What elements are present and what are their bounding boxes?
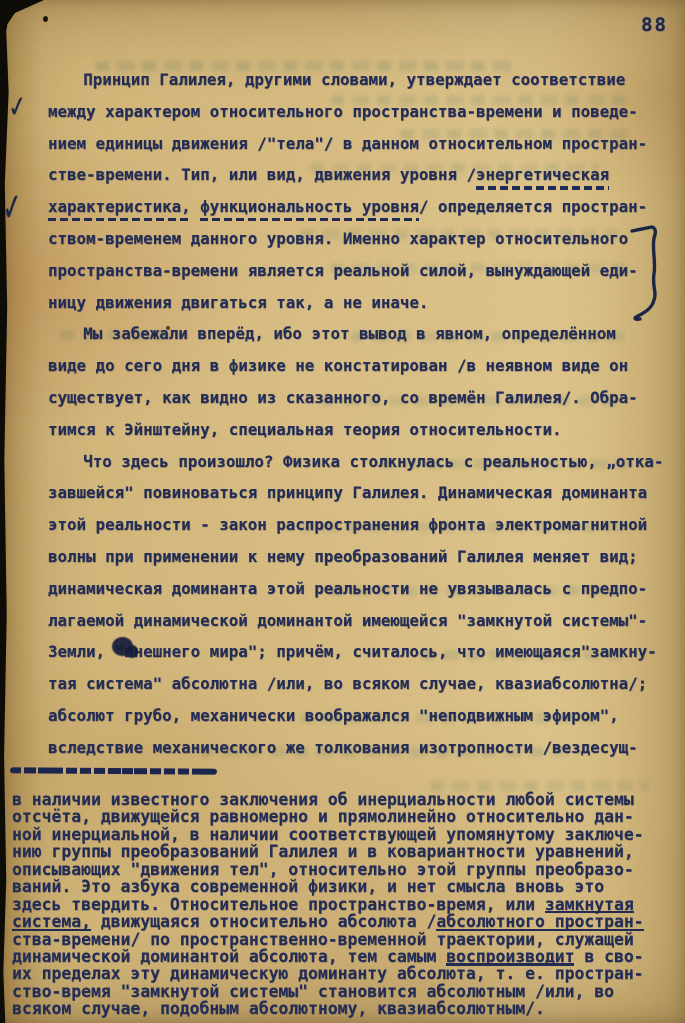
scan-edge-left bbox=[0, 0, 12, 1023]
typed-line: тая система" абсолютна /или, во всяком с… bbox=[48, 668, 663, 700]
typed-line: вследствие механического же толкования и… bbox=[48, 732, 663, 764]
dashed-underline bbox=[48, 218, 191, 221]
handwritten-checkmark-icon: ✓ bbox=[6, 89, 28, 126]
footnote-line: ной инерциальной, в наличии соответствую… bbox=[12, 826, 644, 843]
ink-blot bbox=[127, 645, 138, 658]
footnote-line: отсчёта, движущейся равномерно и прямоли… bbox=[12, 808, 644, 825]
typed-line: абсолют грубо, механически воображался "… bbox=[48, 700, 663, 732]
typed-line-text: характеристика, функциональность уровня/… bbox=[48, 197, 647, 216]
typed-line-text: тимся к Эйнштейну, специальная теория от… bbox=[48, 420, 562, 439]
footnote-line: нию группы преобразований Галилея и в ко… bbox=[12, 843, 644, 860]
typed-line: стве-времени. Тип, или вид, движения уро… bbox=[48, 159, 663, 191]
typed-line-text: абсолют грубо, механически воображался "… bbox=[48, 706, 619, 725]
typed-line: ницу движения двигаться так, а не иначе. bbox=[48, 287, 663, 319]
typed-line-text: виде до сего дня в физике не констатиров… bbox=[48, 356, 628, 375]
typed-line: характеристика, функциональность уровня/… bbox=[48, 191, 663, 223]
footnote-line-text: в наличии известного заключения об инерц… bbox=[12, 790, 634, 809]
footnote-line: здесь твердить. Относительное пространст… bbox=[12, 896, 644, 913]
footnote-line-text: отсчёта, движущейся равномерно и прямоли… bbox=[12, 807, 634, 826]
footnote-separator-line bbox=[10, 767, 217, 774]
typed-line-text: тая система" абсолютна /или, во всяком с… bbox=[48, 674, 647, 693]
typed-line-text: существует, как видно из сказанного, со … bbox=[48, 388, 638, 407]
typed-text-block: Принцип Галилея, другими словами, утверж… bbox=[48, 64, 663, 764]
typed-line-text: между характером относительного простран… bbox=[48, 102, 638, 121]
typed-line-text: волны при применении к нему преобразован… bbox=[48, 547, 638, 566]
paper-speck bbox=[43, 16, 48, 22]
typed-line-text: ством-временем данного уровня. Именно ха… bbox=[48, 229, 628, 248]
footnote-line: ства-времени/ по пространственно-временн… bbox=[12, 931, 644, 948]
typed-line: пространства-времени является реальной с… bbox=[48, 255, 663, 287]
typed-line: ством-временем данного уровня. Именно ха… bbox=[48, 223, 663, 255]
footnote-block: в наличии известного заключения об инерц… bbox=[12, 791, 644, 1018]
typed-line: Что здесь произошло? Физика столкнулась … bbox=[48, 446, 663, 478]
margin-brace-annotation bbox=[626, 222, 664, 324]
typed-line: нием единицы движения /"тела"/ в данном … bbox=[48, 128, 663, 160]
typed-line: этой реальности - закон распространения … bbox=[48, 509, 663, 541]
typed-line-text: завшейся" повиноваться принципу Галилея.… bbox=[48, 483, 647, 502]
footnote-line-text: нию группы преобразований Галилея и в ко… bbox=[12, 842, 634, 861]
typed-line-text: динамическая доминанта этой реальности н… bbox=[48, 579, 647, 598]
document-page: 88 Принцип Галилея, другими словами, утв… bbox=[0, 0, 685, 1023]
typed-line: существует, как видно из сказанного, со … bbox=[48, 382, 663, 414]
footnote-line-text: всяком случае, подобным абсолютному, ква… bbox=[12, 999, 545, 1018]
footnote-line: ваний. Это азбука современной физики, и … bbox=[12, 878, 644, 895]
footnote-line: в наличии известного заключения об инерц… bbox=[12, 791, 644, 808]
typed-line: завшейся" повиноваться принципу Галилея.… bbox=[48, 477, 663, 509]
footnote-line-text: ства-времени/ по пространственно-временн… bbox=[12, 930, 634, 949]
footnote-line: всяком случае, подобным абсолютному, ква… bbox=[12, 1000, 644, 1017]
footnote-line-text: ной инерциальной, в наличии соответствую… bbox=[12, 825, 644, 844]
typed-line-text: вследствие механического же толкования и… bbox=[48, 738, 638, 757]
typed-line-text: Земли, "внешнего мира"; причём, считалос… bbox=[48, 642, 657, 661]
typed-line: волны при применении к нему преобразован… bbox=[48, 541, 663, 573]
dashed-underline bbox=[476, 186, 609, 189]
scan-edge-corner bbox=[0, 0, 44, 26]
typed-line-text: Принцип Галилея, другими словами, утверж… bbox=[83, 70, 625, 89]
footnote-line: описывающих "движения тел", относительно… bbox=[12, 861, 644, 878]
footnote-line-text: динамической доминантой абсолюта, тем са… bbox=[12, 947, 644, 966]
dashed-underline bbox=[200, 218, 419, 221]
typed-line: Земли, "внешнего мира"; причём, считалос… bbox=[48, 636, 663, 668]
typed-line-text: Мы забежали вперёд, ибо этот вывод в явн… bbox=[83, 324, 616, 343]
typed-line-text: лагаемой динамической доминантой имеющей… bbox=[48, 611, 647, 630]
footnote-line-text: ство-время "замкнутой системы" становитс… bbox=[12, 982, 614, 1001]
paragraph-1: Принцип Галилея, другими словами, утверж… bbox=[48, 64, 663, 318]
footnote-line: динамической доминантой абсолюта, тем са… bbox=[12, 948, 644, 965]
typed-line-text: этой реальности - закон распространения … bbox=[48, 515, 647, 534]
footnote-line: ство-время "замкнутой системы" становитс… bbox=[12, 983, 644, 1000]
typed-line-text: нием единицы движения /"тела"/ в данном … bbox=[48, 134, 647, 153]
footnote-line: их пределах эту динамическую доминанту а… bbox=[12, 965, 644, 982]
typed-line: Мы забежали вперёд, ибо этот вывод в явн… bbox=[48, 318, 663, 350]
typed-line: Принцип Галилея, другими словами, утверж… bbox=[48, 64, 663, 96]
typed-line: тимся к Эйнштейну, специальная теория от… bbox=[48, 414, 663, 446]
page-number: 88 bbox=[641, 14, 668, 36]
footnote-line-text: система, движущаяся относительно абсолют… bbox=[12, 912, 644, 931]
footnote-line-text: описывающих "движения тел", относительно… bbox=[12, 860, 634, 879]
footnote-line-text: здесь твердить. Относительное пространст… bbox=[12, 895, 634, 914]
paragraph-2: Мы забежали вперёд, ибо этот вывод в явн… bbox=[48, 318, 663, 445]
typed-line-text: ницу движения двигаться так, а не иначе. bbox=[48, 293, 428, 312]
footnote-line-text: их пределах эту динамическую доминанту а… bbox=[12, 964, 644, 983]
typed-line-text: Что здесь произошло? Физика столкнулась … bbox=[83, 452, 663, 471]
typed-line: лагаемой динамической доминантой имеющей… bbox=[48, 605, 663, 637]
typed-line: виде до сего дня в физике не констатиров… bbox=[48, 350, 663, 382]
typed-line-text: стве-времени. Тип, или вид, движения уро… bbox=[48, 165, 609, 184]
paragraph-3: Что здесь произошло? Физика столкнулась … bbox=[48, 446, 663, 764]
footnote-line-text: ваний. Это азбука современной физики, и … bbox=[12, 877, 604, 896]
typed-line-text: пространства-времени является реальной с… bbox=[48, 261, 638, 280]
footnote-line: система, движущаяся относительно абсолют… bbox=[12, 913, 644, 930]
typed-line: между характером относительного простран… bbox=[48, 96, 663, 128]
typed-line: динамическая доминанта этой реальности н… bbox=[48, 573, 663, 605]
paper-speck bbox=[166, 326, 170, 330]
